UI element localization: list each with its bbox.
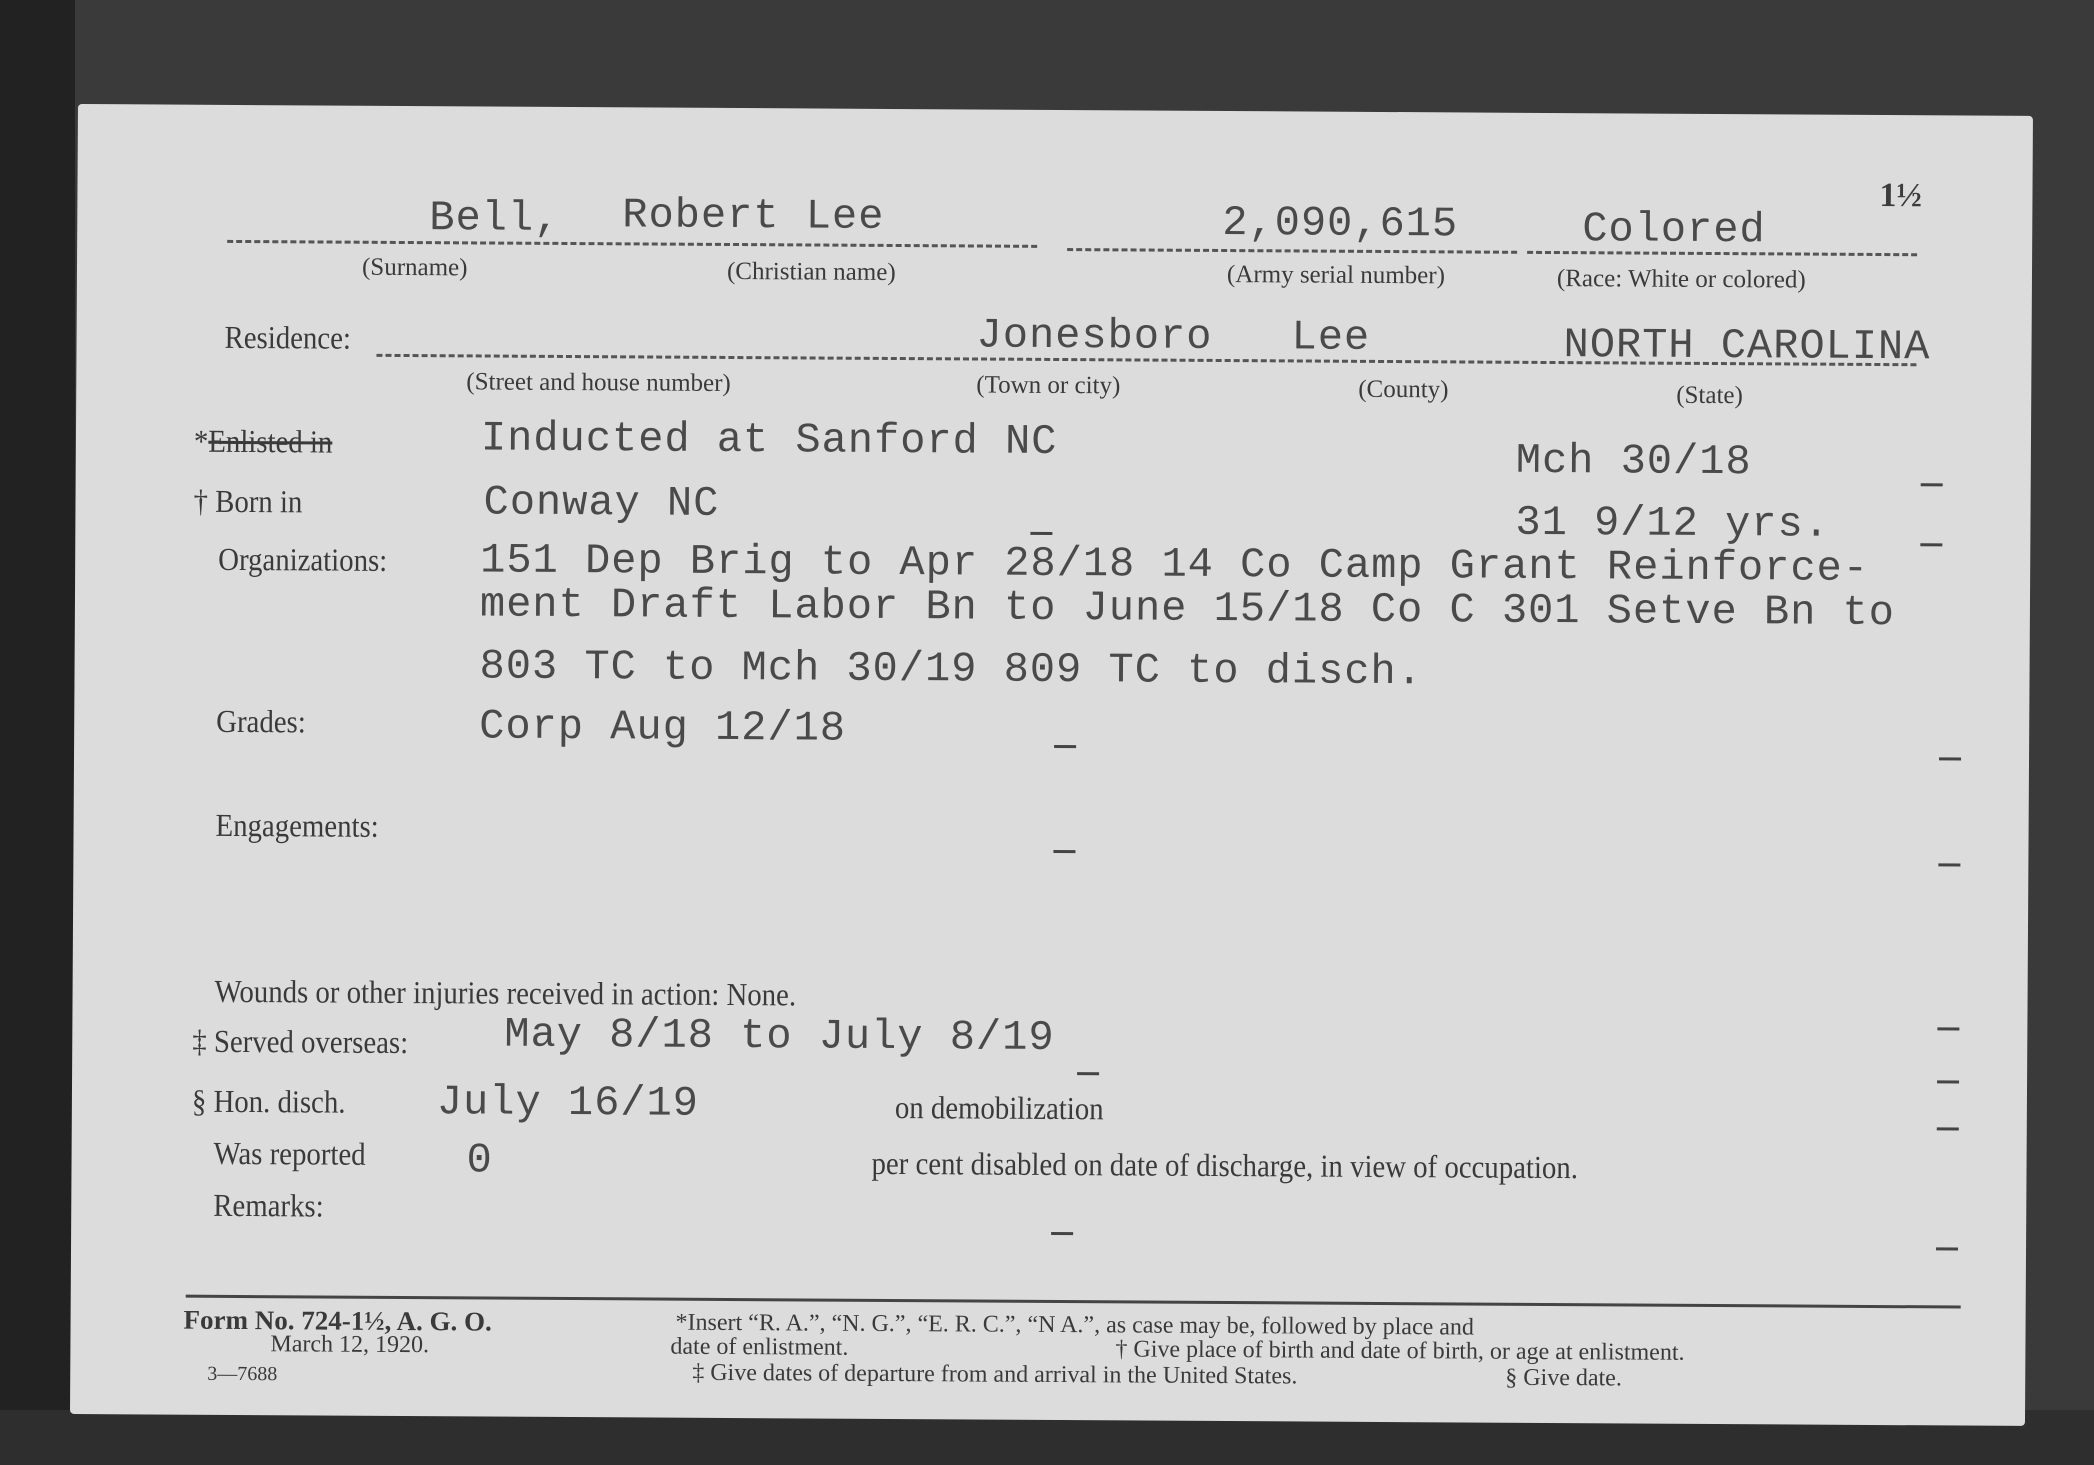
surname-value: Bell,	[429, 194, 560, 243]
born-label: † Born in	[193, 483, 302, 521]
organizations-label: Organizations:	[218, 541, 387, 579]
reported-note: per cent disabled on date of discharge, …	[871, 1145, 1578, 1186]
remarks-label: Remarks:	[213, 1187, 324, 1225]
serial-caption: (Army serial number)	[1227, 261, 1445, 290]
serial-line	[1067, 248, 1517, 254]
born-age: 31 9/12 yrs.	[1515, 499, 1830, 549]
grades-label: Grades:	[216, 703, 306, 741]
blank-mark	[1921, 483, 1943, 486]
wounds-label: Wounds or other injuries received in act…	[214, 973, 796, 1014]
organizations-line-3: 803 TC to Mch 30/19 809 TC to disch.	[479, 642, 1423, 696]
form-date: March 12, 1920.	[270, 1331, 429, 1359]
christian-caption: (Christian name)	[727, 258, 896, 287]
reported-label: Was reported	[213, 1135, 365, 1173]
enlisted-value: Inducted at Sanford NC	[481, 414, 1058, 466]
serial-value: 2,090,615	[1222, 199, 1458, 248]
service-record-card: 1½ Bell, Robert Lee (Surname) (Christian…	[70, 104, 2033, 1426]
blank-mark	[1054, 745, 1076, 748]
name-line	[227, 240, 1037, 248]
form-fraction: 1½	[1879, 177, 1922, 215]
blank-mark	[1053, 850, 1075, 853]
grades-value: Corp Aug 12/18	[479, 702, 846, 752]
blank-mark	[1937, 1027, 1959, 1030]
blank-mark	[1920, 543, 1942, 546]
race-value: Colored	[1582, 205, 1766, 254]
state-value: NORTH CAROLINA	[1563, 321, 1930, 371]
state-caption: (State)	[1676, 382, 1743, 410]
race-line	[1527, 251, 1917, 256]
blank-mark	[1030, 532, 1052, 535]
discharge-value: July 16/19	[437, 1078, 699, 1128]
organizations-line-2: ment Draft Labor Bn to June 15/18 Co C 3…	[480, 580, 1895, 637]
residence-label: Residence:	[224, 319, 351, 357]
christian-name-value: Robert Lee	[622, 191, 884, 241]
enlisted-label: *Enlisted in	[194, 423, 333, 461]
surname-caption: (Surname)	[362, 254, 468, 283]
enlisted-label-struck: Enlisted in	[208, 423, 332, 460]
reported-value: 0	[466, 1136, 493, 1184]
engagements-label: Engagements:	[215, 807, 378, 845]
footnote-enlistment-cont: date of enlistment.	[670, 1334, 848, 1362]
footnote-overseas: ‡ Give dates of departure from and arriv…	[692, 1360, 1297, 1391]
county-value: Lee	[1291, 313, 1370, 361]
town-value: Jonesboro	[976, 311, 1212, 360]
born-value: Conway NC	[483, 478, 719, 527]
scan-border-left	[0, 0, 75, 1465]
blank-mark	[1936, 1247, 1958, 1250]
enlisted-date: Mch 30/18	[1516, 437, 1752, 486]
overseas-value: May 8/18 to July 8/19	[504, 1011, 1055, 1062]
print-code: 3—7688	[207, 1363, 277, 1386]
blank-mark	[1077, 1072, 1099, 1075]
county-caption: (County)	[1358, 376, 1448, 405]
town-caption: (Town or city)	[976, 371, 1120, 400]
blank-mark	[1051, 1232, 1073, 1235]
blank-mark	[1938, 863, 1960, 866]
blank-mark	[1937, 1127, 1959, 1130]
enlisted-marker: *	[194, 423, 209, 459]
wounds-value: None.	[726, 976, 796, 1012]
blank-mark	[1939, 757, 1961, 760]
wounds-label-text: Wounds or other injuries received in act…	[214, 973, 719, 1012]
discharge-note: on demobilization	[895, 1089, 1104, 1127]
street-caption: (Street and house number)	[466, 368, 731, 398]
overseas-label: ‡ Served overseas:	[192, 1023, 408, 1061]
discharge-label: § Hon. disch.	[192, 1083, 346, 1121]
race-caption: (Race: White or colored)	[1557, 265, 1806, 295]
blank-mark	[1937, 1080, 1959, 1083]
footnote-discharge: § Give date.	[1505, 1365, 1622, 1393]
